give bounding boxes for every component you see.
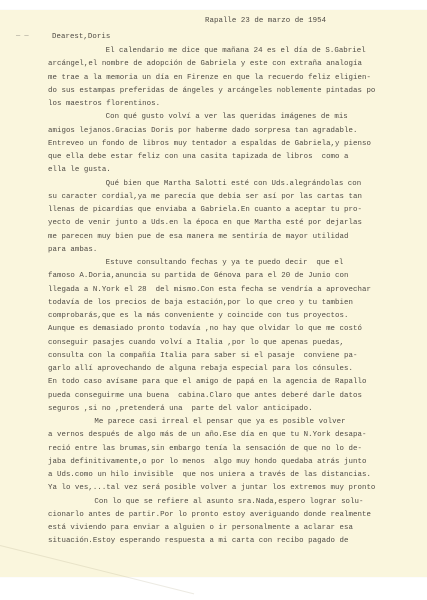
margin-mark: — — bbox=[16, 32, 29, 40]
letter-line: conseguir pasajes cuando volví a Italia … bbox=[48, 338, 344, 348]
letter-line: seguros ,si no ,pretenderá una parte del… bbox=[48, 404, 313, 414]
letter-line: ella le gusta. bbox=[48, 165, 111, 175]
letter-line: que ella debe estar feliz con una casita… bbox=[48, 152, 349, 162]
letter-line: En todo caso avísame para que el amigo d… bbox=[48, 377, 366, 387]
letter-line: a Uds.como un hilo invisible que nos uni… bbox=[48, 470, 371, 480]
letter-line: Con lo que se refiere al asunto sra.Nada… bbox=[94, 497, 363, 507]
letter-line: me parecen muy bien pue de esa manera me… bbox=[48, 232, 349, 242]
letter-line: su caracter cordial,ya me parecía que de… bbox=[48, 192, 362, 202]
letter-line: Qué bien que Martha Salotti esté con Uds… bbox=[106, 179, 362, 189]
letter-date: Rapalle 23 de marzo de 1954 bbox=[205, 16, 326, 26]
letter-line: famoso A.Doria,anuncia su partida de Gén… bbox=[48, 271, 349, 281]
letter-line: garlo allí aprovechando de alguna rebaja… bbox=[48, 364, 353, 374]
letter-line: arcángel,el nombre de adopción de Gabrie… bbox=[48, 59, 362, 69]
letter-line: Me parece casi irreal el pensar que ya e… bbox=[94, 417, 345, 427]
letter-line: está viviendo para enviar a alguien o ir… bbox=[48, 523, 353, 533]
letter-line: me trae a la memoria un día en Firenze e… bbox=[48, 73, 371, 83]
letter-line: llenas de picardías que enviaba a Gabrie… bbox=[48, 205, 362, 215]
letter-line: Con qué gusto volví a ver las queridas i… bbox=[106, 112, 348, 122]
letter-line: a vernos después de algo más de un año.E… bbox=[48, 430, 366, 440]
letter-line: pueda conseguirme una buena cabina.Claro… bbox=[48, 391, 362, 401]
letter-salutation: Dearest,Doris bbox=[52, 32, 110, 42]
letter-line: Estuve consultando fechas y ya te puedo … bbox=[106, 258, 344, 268]
letter-line: llegada a N.York el 28 del mismo.Con est… bbox=[48, 285, 371, 295]
letter-line: amigos lejanos.Gracias Doris por haberme… bbox=[48, 126, 357, 136]
letter-line: jaba definitivamente,o por lo menos algo… bbox=[48, 457, 366, 467]
letter-line: consulta con la compañía Italia para sab… bbox=[48, 351, 357, 361]
letter-line: yecto de venir junto a Uds.en la época e… bbox=[48, 218, 362, 228]
letter-line: do sus estampas preferidas de ángeles y … bbox=[48, 86, 375, 96]
letter-line: cionarlo antes de partir.Por lo pronto e… bbox=[48, 510, 371, 520]
letter-line: Aunque es demasiado pronto todavía ,no h… bbox=[48, 324, 362, 334]
letter-line: El calendario me dice que mañana 24 es e… bbox=[106, 46, 366, 56]
letter-line: reció entre las brumas,sin embargo tenía… bbox=[48, 444, 362, 454]
letter-line: los maestros florentinos. bbox=[48, 99, 160, 109]
letter-line: todavía de los precios de baja estación,… bbox=[48, 298, 353, 308]
letter-line: para ambas. bbox=[48, 245, 97, 255]
paper-crease bbox=[0, 545, 194, 594]
letter-line: Entreveo un fondo de libros muy tentador… bbox=[48, 139, 371, 149]
letter-line: situación.Estoy esperando respuesta a mi… bbox=[48, 536, 349, 546]
letter-line: comprobarás,que es la más conveniente y … bbox=[48, 311, 349, 321]
letter-line: Ya lo ves,...tal vez será posible volver… bbox=[48, 483, 375, 493]
